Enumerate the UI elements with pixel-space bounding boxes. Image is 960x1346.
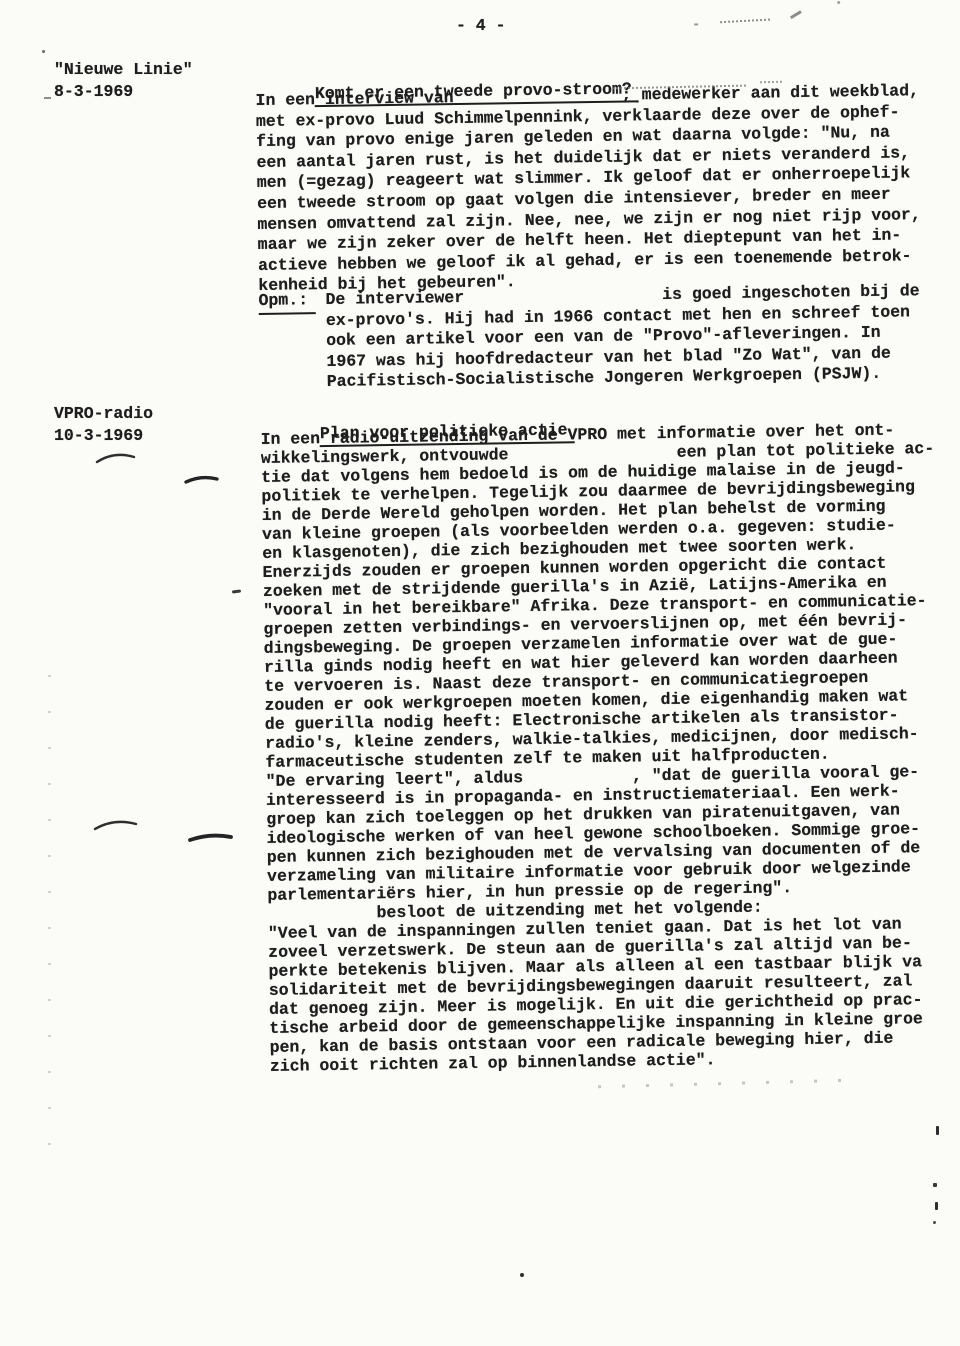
article-2-date: 10-3-1969	[54, 426, 143, 447]
scan-artifact-speck	[933, 1221, 936, 1224]
article-2-source: VPRO-radio	[54, 404, 153, 425]
scan-artifact-slash	[790, 10, 802, 18]
note-label-text: Opm.:	[258, 290, 315, 314]
article-1-source: "Nieuwe Linie"	[54, 60, 193, 81]
scan-artifact-dash	[44, 97, 51, 99]
note-label: Opm.:	[258, 290, 315, 314]
handwritten-tick	[232, 589, 241, 593]
typed-text-column: Komt er een tweede provo-stroom? In een …	[255, 50, 960, 1160]
scan-artifact-dotted-line	[720, 19, 770, 24]
scan-artifact-speck	[837, 1, 840, 4]
handwritten-arc	[92, 817, 140, 833]
handwritten-stroke	[188, 831, 234, 844]
scan-artifact-speck	[935, 1202, 938, 1210]
handwritten-arc	[94, 450, 138, 466]
article-2-body: In een radio-uitzending van de VPRO met …	[260, 420, 943, 1076]
scan-artifact-dot	[694, 23, 698, 25]
article-1-date: 8-3-1969	[54, 82, 133, 103]
handwritten-stroke	[184, 473, 220, 485]
scan-artifact-speck	[933, 1183, 937, 1187]
article-1-body: In een interview van , medewerker aan di…	[255, 81, 921, 297]
document-page: - 4 - "Nieuwe Linie" 8-3-1969 VPRO-radio…	[0, 0, 960, 1346]
scan-artifact-dot-column	[48, 675, 51, 1145]
scan-artifact-dot	[42, 50, 45, 53]
scan-artifact-scribble	[685, 1, 876, 37]
page-number: - 4 -	[456, 16, 506, 37]
scan-artifact-speck	[520, 1273, 524, 1277]
note-body: De interviewer is goed ingeschoten bij d…	[325, 281, 921, 393]
